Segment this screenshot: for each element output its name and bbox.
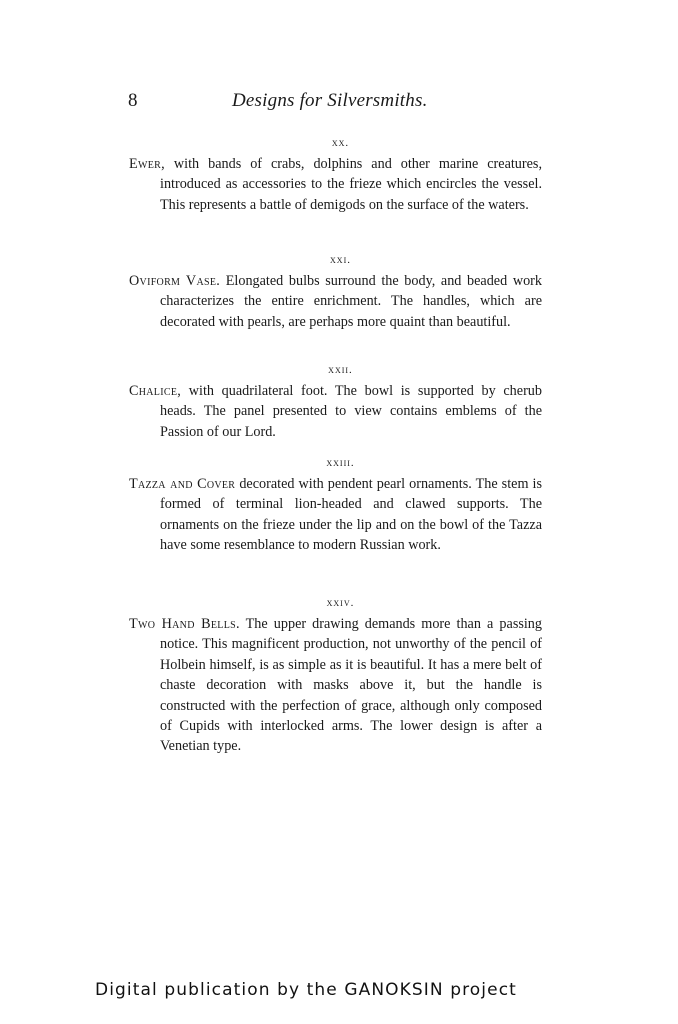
entry-xxiii: XXIII. Tazza and Cover decorated with pe… [129, 456, 542, 556]
entry-description: Two Hand Bells. The upper drawing demand… [129, 614, 542, 757]
entry-xxi: XXI. Oviform Vase. Elongated bulbs surro… [129, 253, 542, 332]
entry-numeral: XXIII. [129, 456, 542, 470]
entry-description: Tazza and Cover decorated with pendent p… [129, 474, 542, 556]
entry-xxiv: XXIV. Two Hand Bells. The upper drawing … [129, 596, 542, 757]
entry-description: Ewer, with bands of crabs, dolphins and … [129, 154, 542, 215]
entry-title: Ewer, [129, 156, 165, 172]
entry-text: with bands of crabs, dolphins and other … [160, 156, 542, 213]
entry-numeral: XXII. [129, 363, 542, 377]
entry-title: Tazza and Cover [129, 476, 235, 492]
entry-title: Two Hand Bells. [129, 616, 240, 632]
entry-title: Chalice, [129, 383, 181, 399]
page-header: 8 Designs for Silversmiths. [128, 90, 542, 114]
entry-text: with quadrilateral foot. The bowl is sup… [160, 383, 542, 440]
entry-description: Oviform Vase. Elongated bulbs surround t… [129, 271, 542, 332]
entry-numeral: XX. [129, 136, 542, 150]
entry-xxii: XXII. Chalice, with quadrilateral foot. … [129, 363, 542, 442]
entry-numeral: XXI. [129, 253, 542, 267]
page-number: 8 [128, 90, 138, 112]
entry-text: The upper drawing demands more than a pa… [160, 616, 542, 754]
publication-credit: Digital publication by the GANOKSIN proj… [95, 980, 585, 1000]
entry-title: Oviform Vase. [129, 273, 220, 289]
entry-numeral: XXIV. [129, 596, 542, 610]
entry-xx: XX. Ewer, with bands of crabs, dolphins … [129, 136, 542, 215]
entry-description: Chalice, with quadrilateral foot. The bo… [129, 381, 542, 442]
running-title: Designs for Silversmiths. [232, 90, 428, 112]
